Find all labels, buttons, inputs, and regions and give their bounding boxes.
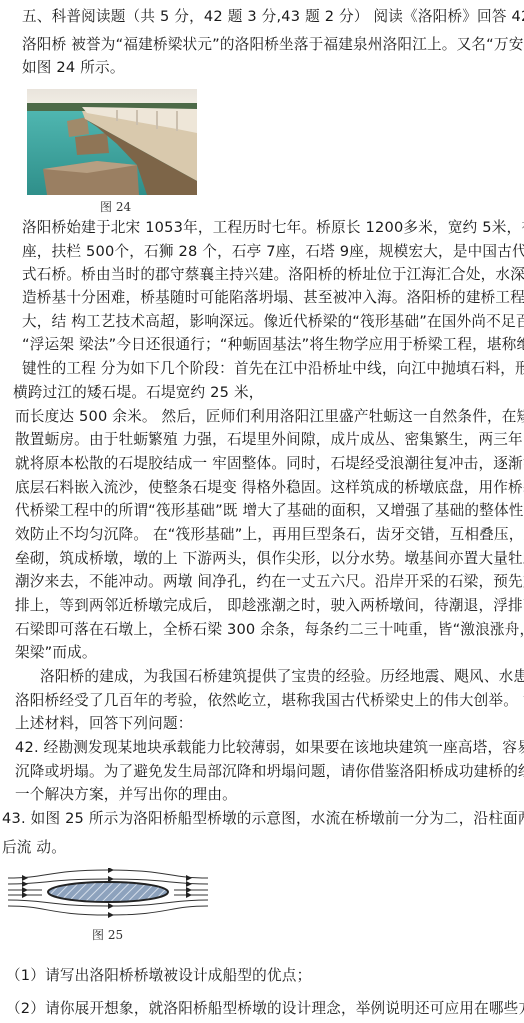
bridge-photo-icon (27, 89, 197, 195)
pier-flow-diagram (8, 868, 208, 927)
bridge-photo (27, 89, 197, 195)
body-line: 大，结 构工艺技术高超，影响深远。像近代桥梁的“筏形基础”在国外尚不足百年； (22, 313, 524, 331)
body-line: “浮运架 梁法”今日还很通行；“种蛎固基法”将生物学应用于桥梁工程，堪称绝妙。关 (22, 336, 524, 354)
body-line: 键性的工程 分为如下几个阶段：首先在江中沿桥址中线，向江中抛填石料，形成一条 (22, 360, 524, 378)
body-line: 效防止不均匀沉降。 在“筏形基础”上，再用巨型条石，齿牙交错，互相叠压，逐层 (15, 526, 524, 544)
figure-25-caption: 图 25 (92, 926, 123, 943)
body-line: 底层石料嵌入流沙，使整条石堤变 得格外稳固。这样筑成的桥墩底盘，用作桥基，即现 (15, 479, 524, 497)
question-43: 后流 动。 (2, 839, 66, 857)
body-line: 潮汐来去，不能冲动。两墩 间净孔，约在一丈五六尺。沿岸开采的石梁，预先放在浮 (15, 573, 524, 591)
question-42: 一个解决方案，并写出你的理由。 (15, 786, 237, 804)
subquestion-2: （2）请你展开想象，就洛阳桥船型桥墩的设计理念，举例说明还可应用在哪些方面。 (6, 1000, 524, 1018)
body-line: 石梁即可落在石墩上，全桥石梁 300 余条，每条约二三十吨重，皆“激浪涨舟，浮运 (15, 621, 524, 639)
body-line: 横跨过江的矮石堤。石堤宽约 25 米， (13, 384, 264, 402)
body-line: 散置蛎房。由于牡蛎繁殖 力强，石堤里外间隙，成片成丛、密集繁生，两三年时间， (15, 431, 524, 449)
body-line: 式石桥。桥由当时的郡守蔡襄主持兴建。洛阳桥的桥址位于江海汇合处，水深流急，建 (22, 266, 524, 284)
body-line: 就将原本松散的石堤胶结成一 牢固整体。同时，石堤经受浪潮往复冲击，逐渐密实， (15, 455, 524, 473)
subquestion-1: （1）请写出洛阳桥桥墩被设计成船型的优点； (6, 967, 311, 985)
figure-24-caption: 图 24 (100, 198, 131, 215)
body-line: 代桥梁工程中的所谓“筏形基础”既 增大了基础的面积，又增强了基础的整体性，能有 (15, 502, 524, 520)
body-line: 上述材料，回答下列问题： (15, 715, 193, 733)
intro-line: 洛阳桥 被誉为“福建桥梁状元”的洛阳桥坐落于福建泉州洛阳江上。又名“万安桥”， (22, 36, 524, 54)
body-line: 洛阳桥始建于北宋 1053年，工程历时七年。桥原长 1200多米，宽约 5米，有… (22, 219, 524, 237)
question-42: 沉降或坍塌。为了避免发生局部沉降和坍塌问题，请你借鉴洛阳桥成功建桥的经验， 提出 (15, 763, 524, 781)
pier-flow-icon (8, 868, 208, 923)
body-line: 洛阳桥的建成，为我国石桥建筑提供了宝贵的经验。历经地震、飓风、水患和战争， (40, 668, 524, 686)
question-42: 42. 经勘测发现某地块承载能力比较薄弱，如果要在该地块建筑一座高塔，容易发生局… (15, 739, 524, 757)
body-line: 座，扶栏 500个，石狮 28 个，石亭 7座，石塔 9座，规模宏大，是中国古代… (22, 243, 524, 261)
section-title: 五、科普阅读题（共 5 分，42 题 3 分,43 题 2 分） 阅读《洛阳桥》… (22, 8, 524, 26)
body-line: 造桥基十分困难，桥基随时可能陷落坍塌、甚至被冲入海。洛阳桥的建桥工程，规模巨 (22, 289, 524, 307)
body-line: 排上，等到两邻近桥墩完成后， 即趁涨潮之时，驶入两桥墩间，待潮退，浮排下降， (15, 597, 524, 615)
body-line: 架梁”而成。 (15, 644, 97, 662)
question-43: 43. 如图 25 所示为洛阳桥船型桥墩的示意图，水流在桥墩前一分为二，沿柱面两… (2, 810, 524, 828)
intro-line: 如图 24 所示。 (22, 59, 125, 77)
body-line: 垒砌，筑成桥墩，墩的上 下游两头，俱作尖形，以分水势。墩基间亦置大量牡蛎胶粘， (15, 550, 524, 568)
body-line: 而长度达 500 余米。 然后，匠师们利用洛阳江里盛产牡蛎这一自然条件，在矮石堤… (15, 408, 524, 426)
body-line: 洛阳桥经受了几百年的考验，依然屹立，堪称我国古代桥梁史上的伟大创举。 请根据 (15, 692, 524, 710)
